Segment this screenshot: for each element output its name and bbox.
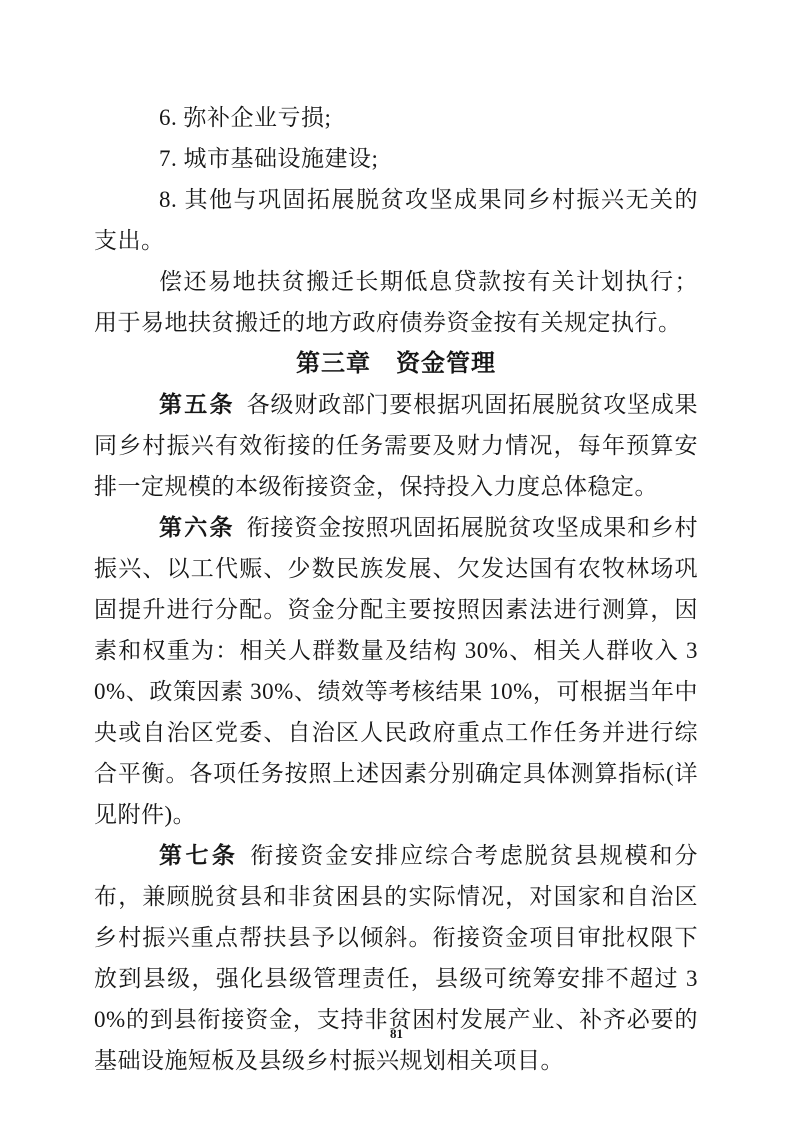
paragraph-loan-repayment: 偿还易地扶贫搬迁长期低息贷款按有关计划执行；用于易地扶贫搬迁的地方政府债券资金按…: [94, 261, 698, 343]
list-item-8: 8. 其他与巩固拓展脱贫攻坚成果同乡村振兴无关的支出。: [94, 179, 698, 261]
list-item-6: 6. 弥补企业亏损;: [94, 97, 698, 138]
article-6: 第六条衔接资金按照巩固拓展脱贫攻坚成果和乡村振兴、以工代赈、少数民族发展、欠发达…: [94, 507, 698, 835]
article-7: 第七条衔接资金安排应综合考虑脱贫县规模和分布，兼顾脱贫县和非贫困县的实际情况，对…: [94, 835, 698, 1081]
article-6-lead: 第六条: [159, 514, 235, 540]
chapter-heading: 第三章 资金管理: [94, 343, 698, 384]
article-5: 第五条各级财政部门要根据巩固拓展脱贫攻坚成果同乡村振兴有效衔接的任务需要及财力情…: [94, 384, 698, 507]
document-page: 6. 弥补企业亏损; 7. 城市基础设施建设; 8. 其他与巩固拓展脱贫攻坚成果…: [0, 0, 793, 1122]
article-7-lead: 第七条: [159, 842, 238, 868]
article-6-text: 衔接资金按照巩固拓展脱贫攻坚成果和乡村振兴、以工代赈、少数民族发展、欠发达国有农…: [94, 515, 698, 827]
article-5-lead: 第五条: [159, 391, 235, 417]
document-content: 6. 弥补企业亏损; 7. 城市基础设施建设; 8. 其他与巩固拓展脱贫攻坚成果…: [94, 97, 698, 1081]
page-number: 81: [0, 1025, 793, 1043]
list-item-7: 7. 城市基础设施建设;: [94, 138, 698, 179]
